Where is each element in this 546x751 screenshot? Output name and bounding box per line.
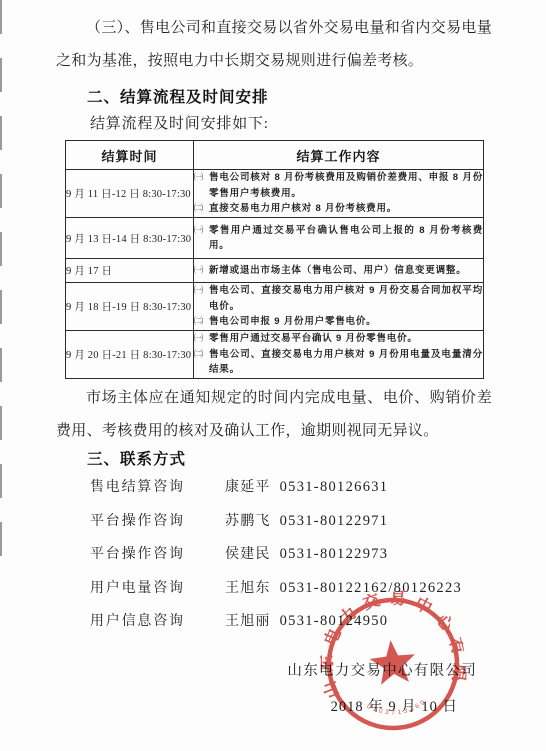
content-item: ㈡ 售电公司申报 9 月份用户零售电价。	[194, 314, 483, 330]
document-page: （三）、售电公司和直接交易以省外交易电量和省内交易电量之和为基准，按照电力中长期…	[0, 0, 546, 751]
content-item: ㈠ 零售用户通过交易平台确认 9 月份零售电价。	[194, 331, 483, 347]
contact-row: 用户信息咨询王旭丽0531-80124950	[90, 604, 462, 638]
item-text: 售电公司核对 8 月份考核费用及购销价差费用、申报 8 月份零售用户考核费用。	[209, 170, 483, 201]
contact-phone: 0531-80124950	[280, 613, 389, 629]
signature-date: 2018 年 9 月 10 日	[331, 695, 458, 716]
settlement-time: 9 月 11 日-12 日 8:30-17:30	[66, 170, 194, 218]
intro-paragraph: （三）、售电公司和直接交易以省外交易电量和省内交易电量之和为基准，按照电力中长期…	[56, 12, 492, 78]
item-text: 直接交易电力用户核对 8 月份考核费用。	[209, 201, 483, 217]
contact-list: 售电结算咨询康延平0531-80126631 平台操作咨询苏鹏飞0531-801…	[90, 470, 462, 638]
item-marker: ㈡	[194, 201, 209, 217]
section2-heading: 二、结算流程及时间安排	[56, 85, 269, 107]
item-marker: ㈡	[194, 314, 209, 330]
table-lead-line: 结算流程及时间安排如下:	[56, 112, 269, 133]
item-text: 售电公司申报 9 月份用户零售电价。	[209, 314, 483, 330]
item-text: 售电公司、直接交易电力用户核对 9 月份用电量及电量清分结果。	[209, 347, 483, 378]
item-text: 售电公司、直接交易电力用户核对 9 月份交易合同加权平均电价。	[209, 283, 483, 314]
item-marker: ㈡	[194, 347, 209, 363]
settlement-time: 9 月 18 日-19 日 8:30-17:30	[66, 283, 194, 331]
contact-name: 王旭丽	[225, 605, 271, 639]
contact-row: 售电结算咨询康延平0531-80126631	[90, 470, 462, 504]
contact-label: 平台操作咨询	[90, 505, 225, 539]
item-marker: ㈠	[194, 331, 209, 347]
item-text: 零售用户通过交易平台确认 9 月份零售电价。	[209, 331, 483, 347]
signature-company: 山东电力交易中心有限公司	[287, 659, 477, 680]
table-row: 9 月 11 日-12 日 8:30-17:30 ㈠ 售电公司核对 8 月份考核…	[66, 170, 484, 218]
settlement-schedule-table: 结算时间 结算工作内容 9 月 11 日-12 日 8:30-17:30 ㈠ 售…	[65, 140, 484, 379]
item-marker: ㈠	[194, 223, 209, 239]
table-header-row: 结算时间 结算工作内容	[66, 141, 484, 170]
contact-phone: 0531-80126631	[280, 479, 389, 495]
item-marker: ㈠	[194, 263, 209, 279]
contact-label: 平台操作咨询	[90, 538, 225, 572]
contact-phone: 0531-80122162/80126223	[280, 580, 462, 596]
content-item: ㈡ 直接交易电力用户核对 8 月份考核费用。	[194, 201, 483, 217]
column-header-content: 结算工作内容	[194, 141, 484, 170]
settlement-content: ㈠ 新增或退出市场主体（售电公司、用户）信息变更调整。	[194, 259, 484, 283]
contact-row: 平台操作咨询苏鹏飞0531-80122971	[90, 504, 462, 538]
settlement-content: ㈠ 零售用户通过交易平台确认 9 月份零售电价。 ㈡ 售电公司、直接交易电力用户…	[194, 331, 484, 379]
settlement-content: ㈠ 零售用户通过交易平台确认售电公司上报的 8 月份考核费用。	[194, 218, 484, 259]
content-item: ㈠ 售电公司、直接交易电力用户核对 9 月份交易合同加权平均电价。	[194, 283, 483, 314]
notice-paragraph: 市场主体应在通知规定的时间内完成电量、电价、购销价差费用、考核费用的核对及确认工…	[56, 382, 492, 447]
scan-edge-artifact	[0, 0, 2, 560]
table-row: 9 月 18 日-19 日 8:30-17:30 ㈠ 售电公司、直接交易电力用户…	[66, 283, 484, 331]
settlement-time: 9 月 17 日	[66, 259, 194, 283]
contact-phone: 0531-80122971	[280, 513, 389, 529]
column-header-time: 结算时间	[66, 141, 194, 170]
item-marker: ㈠	[194, 283, 209, 299]
settlement-time: 9 月 13 日-14 日 8:30-17:30	[66, 218, 194, 259]
contact-label: 用户电量咨询	[90, 572, 225, 606]
content-item: ㈠ 零售用户通过交易平台确认售电公司上报的 8 月份考核费用。	[194, 223, 483, 254]
contact-name: 苏鹏飞	[225, 505, 271, 539]
item-marker: ㈠	[194, 170, 209, 186]
section3-heading: 三、联系方式	[56, 447, 186, 469]
contact-row: 平台操作咨询侯建民0531-80122973	[90, 537, 462, 571]
content-item: ㈠ 新增或退出市场主体（售电公司、用户）信息变更调整。	[194, 263, 483, 279]
table-row: 9 月 13 日-14 日 8:30-17:30 ㈠ 零售用户通过交易平台确认售…	[66, 218, 484, 259]
settlement-time: 9 月 20 日-21 日 8:30-17:30	[66, 331, 194, 379]
settlement-content: ㈠ 售电公司核对 8 月份考核费用及购销价差费用、申报 8 月份零售用户考核费用…	[194, 170, 484, 218]
contact-name: 侯建民	[225, 538, 271, 572]
table-row: 9 月 17 日 ㈠ 新增或退出市场主体（售电公司、用户）信息变更调整。	[66, 259, 484, 283]
contact-name: 康延平	[225, 471, 271, 505]
content-item: ㈠ 售电公司核对 8 月份考核费用及购销价差费用、申报 8 月份零售用户考核费用…	[194, 170, 483, 201]
settlement-content: ㈠ 售电公司、直接交易电力用户核对 9 月份交易合同加权平均电价。 ㈡ 售电公司…	[194, 283, 484, 331]
contact-label: 售电结算咨询	[90, 471, 225, 505]
table-row: 9 月 20 日-21 日 8:30-17:30 ㈠ 零售用户通过交易平台确认 …	[66, 331, 484, 379]
content-item: ㈡ 售电公司、直接交易电力用户核对 9 月份用电量及电量清分结果。	[194, 347, 483, 378]
contact-phone: 0531-80122973	[280, 546, 389, 562]
contact-name: 王旭东	[225, 572, 271, 606]
contact-label: 用户信息咨询	[90, 605, 225, 639]
item-text: 零售用户通过交易平台确认售电公司上报的 8 月份考核费用。	[209, 223, 483, 254]
contact-row: 用户电量咨询王旭东0531-80122162/80126223	[90, 571, 462, 605]
item-text: 新增或退出市场主体（售电公司、用户）信息变更调整。	[209, 263, 483, 279]
